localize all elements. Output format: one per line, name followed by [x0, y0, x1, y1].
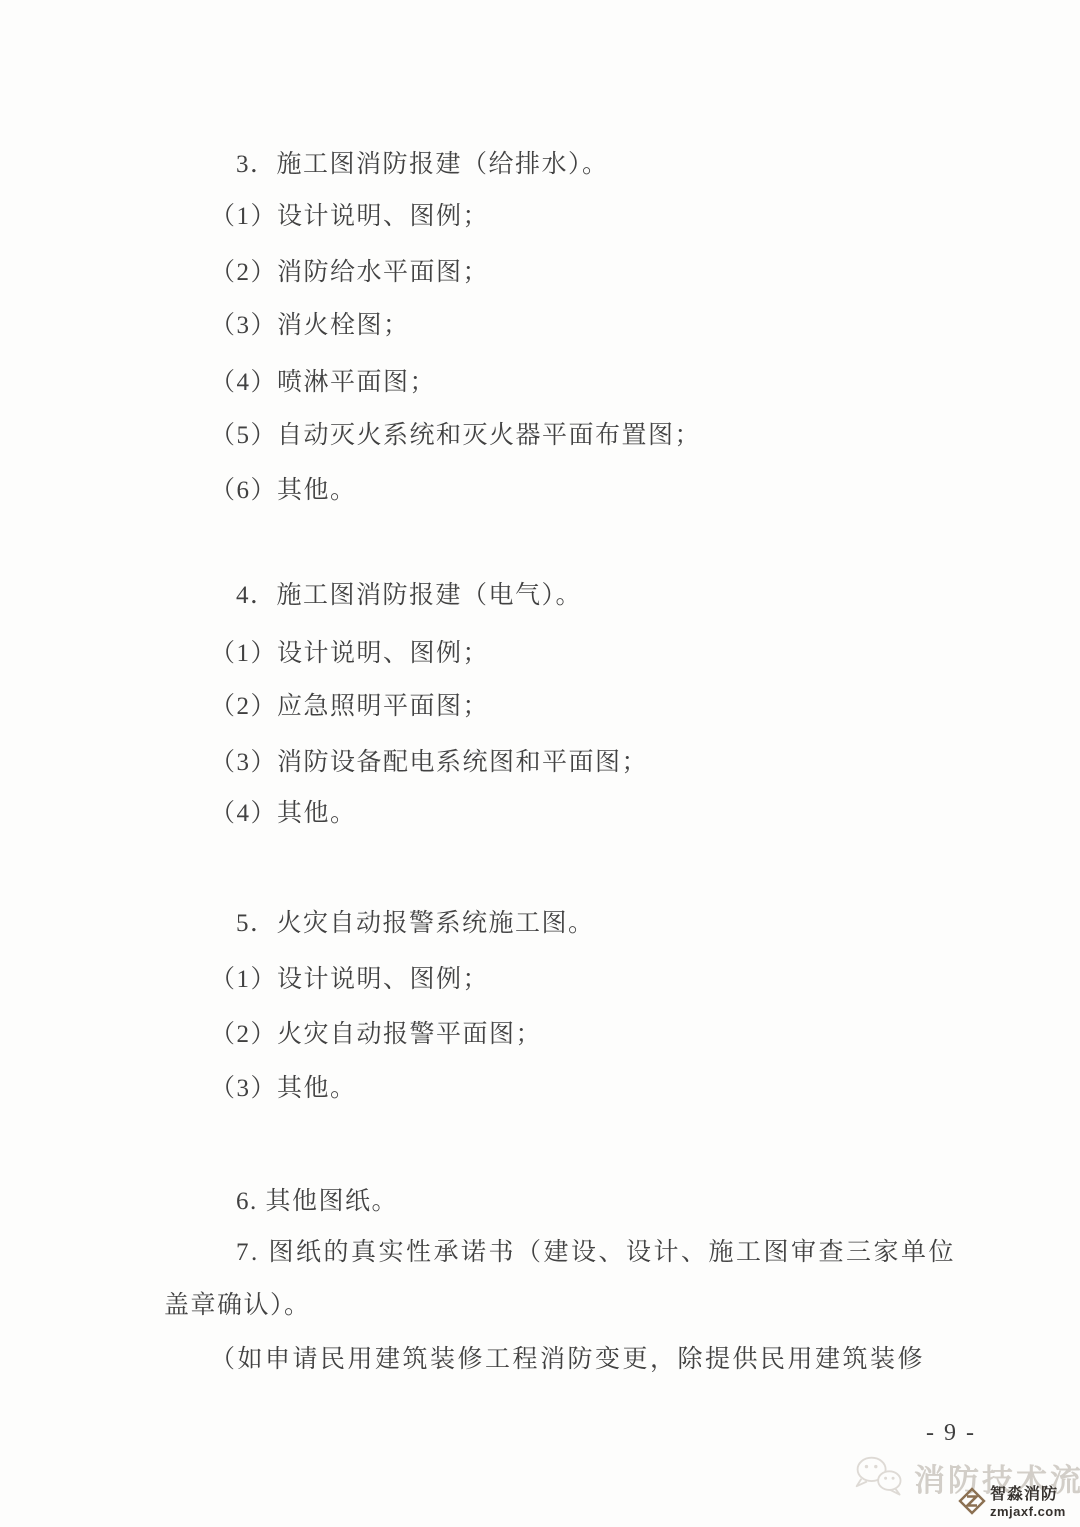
- section-3-item-3: （3）消火栓图；: [210, 312, 410, 339]
- section-3-item-6: （6）其他。: [210, 477, 357, 504]
- brand-name: 智淼消防: [990, 1487, 1066, 1503]
- section-3-item-1: （1）设计说明、图例；: [210, 203, 489, 230]
- section-4-item-2: （2）应急照明平面图；: [210, 693, 489, 720]
- section-5-heading: 5．火灾自动报警系统施工图。: [236, 910, 595, 937]
- item-6-other-drawings: 6. 其他图纸。: [236, 1188, 398, 1215]
- section-3-heading: 3．施工图消防报建（给排水）。: [236, 151, 609, 178]
- section-5-item-1: （1）设计说明、图例；: [210, 966, 489, 993]
- section-4-item-3: （3）消防设备配电系统图和平面图；: [210, 749, 648, 776]
- brand-mark: 智淼消防 zmjaxf.com: [958, 1487, 1066, 1520]
- brand-domain: zmjaxf.com: [990, 1505, 1066, 1518]
- note-renovation-paragraph: （如申请民用建筑装修工程消防变更，除提供民用建筑装修: [210, 1346, 925, 1373]
- document-page: 3．施工图消防报建（给排水）。 （1）设计说明、图例； （2）消防给水平面图； …: [0, 0, 1080, 1527]
- brand-logo-diamond-z-icon: [958, 1487, 986, 1520]
- section-5-item-3: （3）其他。: [210, 1075, 357, 1102]
- item-7-authenticity-letter: 7. 图纸的真实性承诺书（建设、设计、施工图审查三家单位: [236, 1239, 956, 1266]
- page-number: - 9 -: [926, 1420, 976, 1447]
- section-5-item-2: （2）火灾自动报警平面图；: [210, 1021, 542, 1048]
- section-4-item-4: （4）其他。: [210, 800, 357, 827]
- item-7-continuation: 盖章确认）。: [164, 1292, 311, 1319]
- section-3-item-5: （5）自动灭火系统和灭火器平面布置图；: [210, 422, 701, 449]
- section-4-item-1: （1）设计说明、图例；: [210, 640, 489, 667]
- section-3-item-2: （2）消防给水平面图；: [210, 259, 489, 286]
- section-4-heading: 4．施工图消防报建（电气）。: [236, 582, 582, 609]
- section-3-item-4: （4）喷淋平面图；: [210, 369, 436, 396]
- wechat-icon: [852, 1453, 908, 1502]
